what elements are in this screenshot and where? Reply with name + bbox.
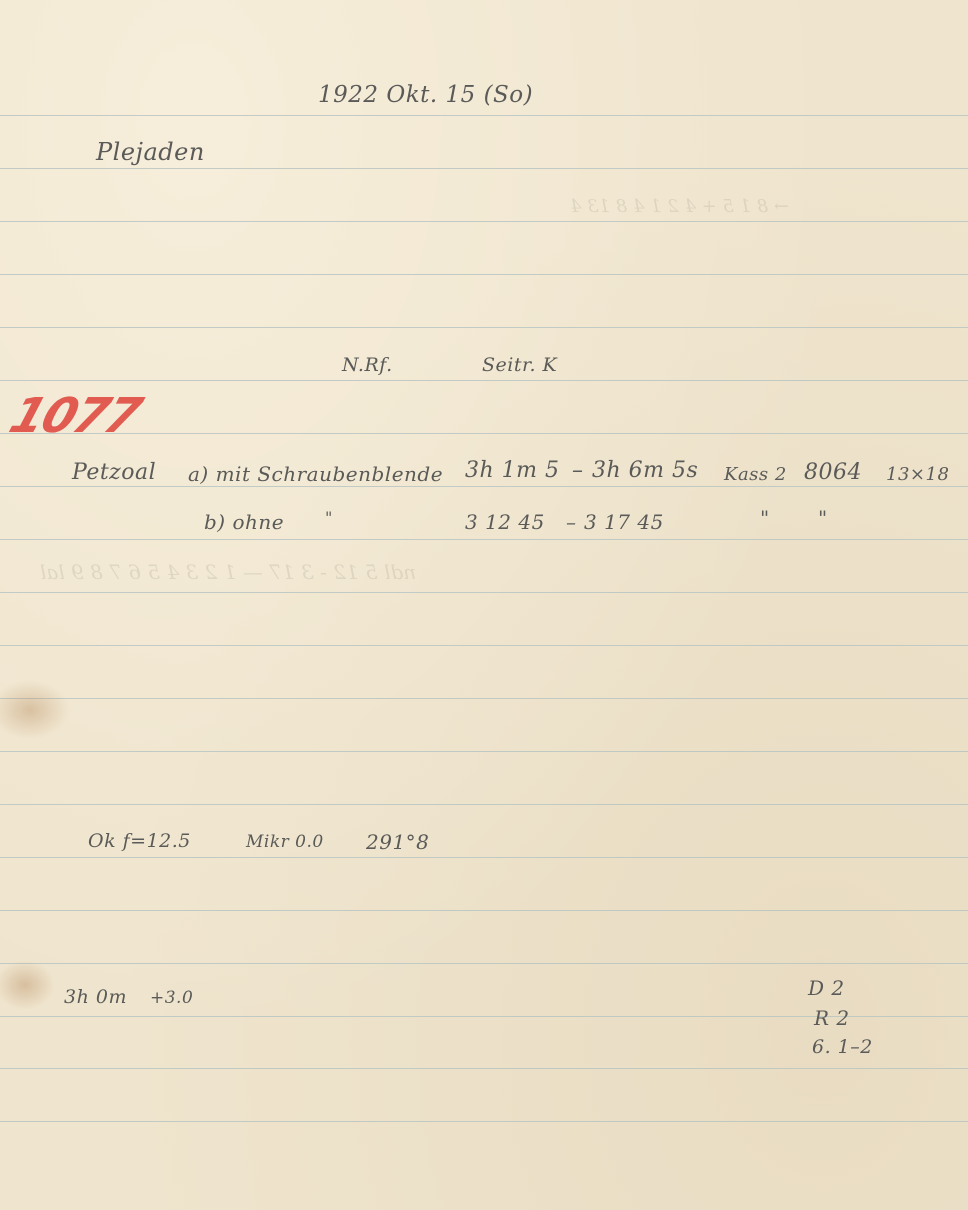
rule-line <box>0 910 968 911</box>
rule-line <box>0 963 968 964</box>
exposure-start: 3h 1m 5 <box>465 458 560 483</box>
clock-correction: +3.0 <box>150 988 193 1008</box>
rule-line <box>0 274 968 275</box>
rule-line <box>0 168 968 169</box>
bleed-through-text: → 8 1 5 + 4 2 1 4 8 13 4 <box>570 196 789 217</box>
exposure-start: 3 12 45 <box>465 510 545 534</box>
ditto-mark: " <box>818 506 828 530</box>
conditions-line-3: 6. 1–2 <box>812 1036 873 1058</box>
lens-name: Petzoal <box>72 460 156 485</box>
conditions-line-1: D 2 <box>808 976 845 1000</box>
paper-stain <box>0 680 70 740</box>
observation-date: 1922 Okt. 15 (So) <box>318 82 533 108</box>
exposure-label: a) mit Schraubenblende <box>188 462 443 486</box>
plate-size: 13×18 <box>886 464 949 485</box>
rule-line <box>0 486 968 487</box>
rule-line <box>0 327 968 328</box>
rule-line <box>0 433 968 434</box>
rule-line <box>0 1121 968 1122</box>
rule-line <box>0 1068 968 1069</box>
rule-line <box>0 645 968 646</box>
conditions-line-2: R 2 <box>814 1006 850 1030</box>
exposure-end: 3h 6m 5s <box>592 458 698 483</box>
rule-line <box>0 539 968 540</box>
exposure-end: 3 17 45 <box>584 510 664 534</box>
clock-time: 3h 0m <box>64 986 127 1008</box>
rule-line <box>0 804 968 805</box>
ditto-mark: " <box>760 506 770 530</box>
rule-line <box>0 380 968 381</box>
rule-line <box>0 857 968 858</box>
rule-line <box>0 698 968 699</box>
telescope-label: N.Rf. <box>342 354 393 376</box>
rule-line <box>0 221 968 222</box>
plate-number-red: 1077 <box>3 388 147 444</box>
mount-label: Seitr. K <box>482 354 557 376</box>
ditto-mark: " <box>325 508 333 527</box>
paper-stain <box>0 960 55 1010</box>
rule-line <box>0 751 968 752</box>
micrometer-reading: 291°8 <box>366 830 429 854</box>
plate-id: 8064 <box>804 460 862 485</box>
micrometer: Mikr 0.0 <box>246 832 324 852</box>
exposure-dash: – <box>566 510 577 534</box>
bleed-through-text: ndl 5 12 - 3 17 — 1 2 3 4 5 6 7 8 9 lal <box>40 560 416 584</box>
rule-line <box>0 115 968 116</box>
cassette: Kass 2 <box>724 464 787 485</box>
exposure-label: b) ohne <box>204 510 284 534</box>
object-name: Plejaden <box>96 138 205 166</box>
rule-line <box>0 592 968 593</box>
ocular-focal: Ok f=12.5 <box>88 830 191 852</box>
exposure-dash: – <box>572 458 584 483</box>
